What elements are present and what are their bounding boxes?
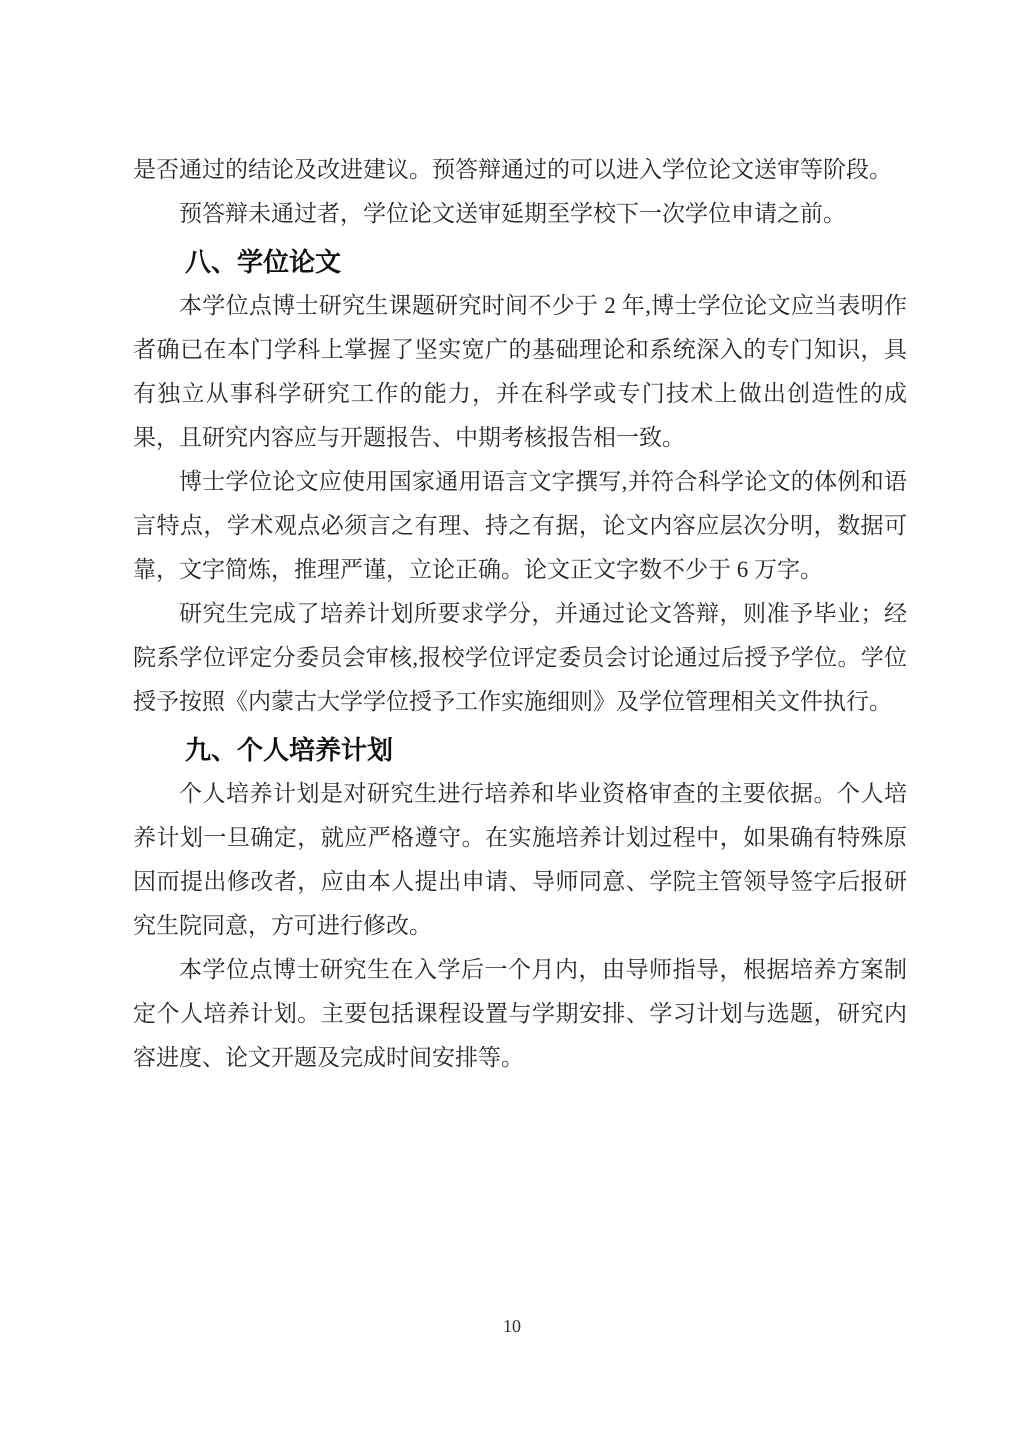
paragraph: 本学位点博士研究生在入学后一个月内，由导师指导，根据培养方案制定个人培养计划。主… xyxy=(133,948,907,1080)
paragraph: 研究生完成了培养计划所要求学分，并通过论文答辩，则准予毕业；经院系学位评定分委员… xyxy=(133,592,907,724)
document-page: 是否通过的结论及改进建议。预答辩通过的可以进入学位论文送审等阶段。 预答辩未通过… xyxy=(0,0,1024,1448)
page-footer: 10 xyxy=(0,1316,1024,1337)
section-heading-personal-training-plan: 九、个人培养计划 xyxy=(133,728,907,772)
page-number: 10 xyxy=(503,1316,521,1336)
paragraph: 预答辩未通过者，学位论文送审延期至学校下一次学位申请之前。 xyxy=(133,192,907,236)
section-heading-degree-thesis: 八、学位论文 xyxy=(133,240,907,284)
paragraph: 博士学位论文应使用国家通用语言文字撰写,并符合科学论文的体例和语言特点，学术观点… xyxy=(133,460,907,592)
paragraph: 本学位点博士研究生课题研究时间不少于 2 年,博士学位论文应当表明作者确已在本门… xyxy=(133,284,907,460)
document-content: 是否通过的结论及改进建议。预答辩通过的可以进入学位论文送审等阶段。 预答辩未通过… xyxy=(133,148,907,1080)
paragraph: 个人培养计划是对研究生进行培养和毕业资格审查的主要依据。个人培养计划一旦确定，就… xyxy=(133,772,907,948)
paragraph-continuation: 是否通过的结论及改进建议。预答辩通过的可以进入学位论文送审等阶段。 xyxy=(133,148,907,192)
